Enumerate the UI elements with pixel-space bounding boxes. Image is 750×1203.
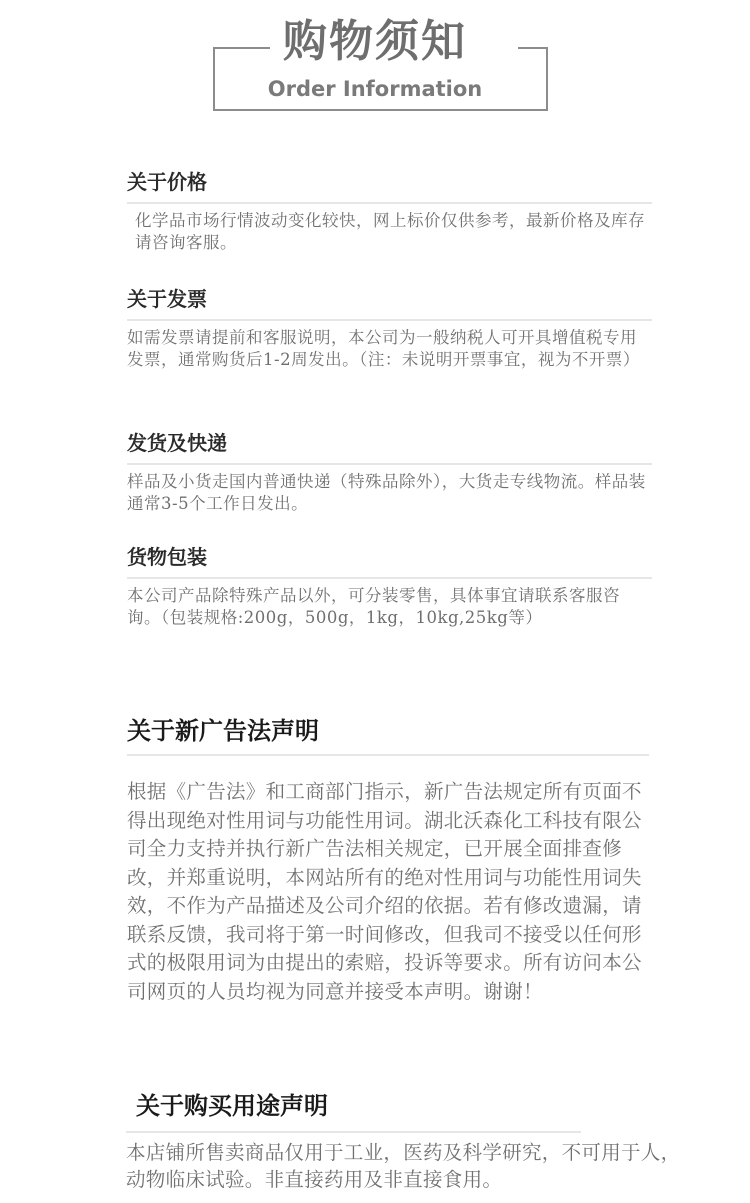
section-body: 样品及小货走国内普通快递（特殊品除外），大货走专线物流。样品装通常3-5个工作日…	[127, 471, 652, 515]
section-title: 货物包装	[127, 543, 652, 571]
section-purchase-use-statement: 关于购买用途声明 本店铺所售卖商品仅用于工业，医药及科学研究，不可用于人，动物临…	[126, 1089, 681, 1193]
section-divider	[127, 463, 652, 465]
section-body: 本公司产品除特殊产品以外，可分装零售，具体事宜请联系客服咨询。（包装规格:200…	[127, 585, 652, 629]
section-title: 关于价格	[127, 168, 652, 196]
page-title: 购物须知	[0, 14, 750, 70]
section-packaging: 货物包装 本公司产品除特殊产品以外，可分装零售，具体事宜请联系客服咨询。（包装规…	[127, 543, 652, 629]
section-ad-law-statement: 关于新广告法声明 根据《广告法》和工商部门指示，新广告法规定所有页面不得出现绝对…	[127, 714, 649, 1006]
section-body: 化学品市场行情波动变化较快，网上标价仅供参考，最新价格及库存请咨询客服。	[127, 210, 652, 254]
section-body: 如需发票请提前和客服说明，本公司为一般纳税人可开具增值税专用发票，通常购货后1-…	[127, 327, 652, 371]
section-title: 关于新广告法声明	[127, 714, 649, 748]
section-divider	[127, 754, 649, 756]
section-body: 根据《广告法》和工商部门指示，新广告法规定所有页面不得出现绝对性用词与功能性用词…	[127, 778, 649, 1006]
section-divider	[127, 577, 652, 579]
page-subtitle: Order Information	[0, 76, 750, 102]
section-title: 发货及快递	[127, 429, 652, 457]
section-divider	[127, 202, 652, 204]
section-title: 关于发票	[127, 285, 652, 313]
section-body: 本店铺所售卖商品仅用于工业，医药及科学研究，不可用于人，动物临床试验。非直接药用…	[126, 1139, 681, 1193]
section-title: 关于购买用途声明	[126, 1089, 681, 1123]
section-price: 关于价格 化学品市场行情波动变化较快，网上标价仅供参考，最新价格及库存请咨询客服…	[127, 168, 652, 254]
section-shipping: 发货及快递 样品及小货走国内普通快递（特殊品除外），大货走专线物流。样品装通常3…	[127, 429, 652, 515]
section-invoice: 关于发票 如需发票请提前和客服说明，本公司为一般纳税人可开具增值税专用发票，通常…	[127, 285, 652, 371]
section-divider	[127, 319, 652, 321]
section-divider	[126, 1131, 581, 1133]
